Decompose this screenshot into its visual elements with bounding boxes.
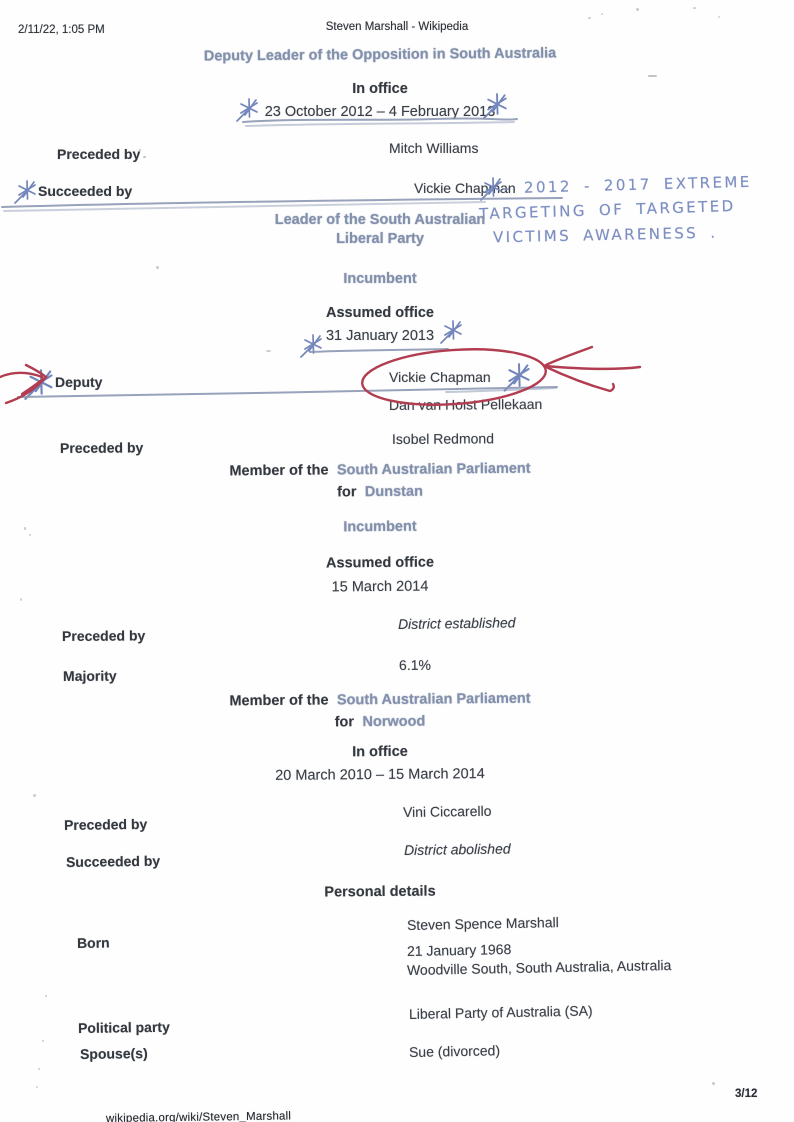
infobox-title-for-dunstan: for Dunstan [0, 480, 760, 505]
infobox-title-deputy-leader: Deputy Leader of the Opposition in South… [0, 44, 760, 67]
succeeded-by-value-1: Vickie Chapman [414, 180, 516, 196]
infobox-title-member-dunstan: Member of the South Australian Parliamen… [0, 458, 760, 483]
majority-label: Majority [63, 668, 117, 684]
spouse-label: Spouse(s) [80, 1045, 148, 1062]
in-office-label-1: In office [0, 81, 760, 97]
scan-speck [156, 266, 159, 269]
scan-speck [29, 534, 31, 536]
handwritten-note-line1: - 2012 - 2017 EXTREME [504, 173, 752, 197]
term-dates-1: 23 October 2012 – 4 February 2013 [0, 104, 760, 120]
scan-speck [36, 1086, 38, 1088]
scan-speck [38, 1068, 40, 1070]
scan-speck [266, 350, 271, 352]
deputy-label: Deputy [55, 374, 102, 390]
born-place: Woodville South, South Australia, Austra… [407, 957, 672, 978]
for-prefix-1: for [337, 484, 356, 500]
pen-arrow-left-icon [544, 347, 640, 391]
preceded-by-value-3: District established [398, 614, 516, 632]
scan-speck [648, 75, 657, 77]
preceded-by-label-4: Preceded by [64, 816, 147, 833]
infobox-title-leader-line2: Liberal Party [0, 231, 760, 247]
scan-speck [636, 8, 639, 11]
in-office-label-2: In office [0, 741, 760, 764]
for-prefix-2: for [335, 714, 354, 730]
scan-speck [33, 794, 36, 797]
born-name: Steven Spence Marshall [407, 914, 559, 933]
pen-underline-term1b [246, 122, 514, 126]
spouse-value: Sue (divorced) [409, 1042, 500, 1060]
scan-speck [42, 1040, 44, 1042]
infobox-title-for-norwood: for Norwood [0, 710, 760, 735]
member-prefix-1: Member of the [229, 462, 328, 479]
pen-asterisk-icon [505, 364, 529, 390]
preceded-by-value-1: Mitch Williams [389, 140, 478, 156]
dunstan-link: Dunstan [365, 484, 423, 501]
preceded-by-label-1: Preceded by [57, 146, 140, 162]
scanned-document-page: 2/11/22, 1:05 PM Steven Marshall - Wikip… [0, 0, 794, 1122]
footer-url: wikipedia.org/wiki/Steven_Marshall [106, 1110, 291, 1122]
scan-speck [693, 7, 696, 9]
preceded-by-value-4: Vini Ciccarello [403, 803, 492, 820]
political-party-value: Liberal Party of Australia (SA) [409, 1002, 593, 1022]
norwood-link: Norwood [362, 714, 425, 731]
scan-speck [712, 1082, 715, 1085]
assumed-office-label-1: Assumed office [0, 305, 760, 321]
pen-underline-deputyb [446, 388, 556, 392]
political-party-label: Political party [78, 1019, 170, 1036]
parliament-link-2: South Australian Parliament [337, 691, 531, 709]
scan-speck [601, 13, 603, 15]
pen-asterisk-icon [15, 181, 35, 203]
scan-speck [143, 156, 146, 158]
pen-arrow-right-icon [0, 365, 46, 403]
pen-underline-succeededb [4, 202, 485, 211]
majority-value: 6.1% [399, 657, 431, 673]
preceded-by-label-3: Preceded by [62, 627, 145, 644]
scan-speck [588, 17, 591, 19]
born-date: 21 January 1968 [407, 941, 512, 959]
deputy-value-2: Dan van Holst Pellekaan [389, 396, 542, 413]
document-header-title: Steven Marshall - Wikipedia [0, 21, 794, 33]
succeeded-by-label-2: Succeeded by [66, 853, 160, 870]
preceded-by-value-2: Isobel Redmond [392, 430, 494, 447]
deputy-value-1: Vickie Chapman [389, 369, 491, 385]
member-prefix-2: Member of the [229, 692, 328, 709]
incumbent-label-1: Incumbent [0, 271, 760, 287]
succeeded-by-label-1: Succeeded by [38, 183, 132, 199]
scan-speck [139, 149, 141, 151]
scan-speck [24, 527, 26, 530]
infobox-title-member-norwood: Member of the South Australian Parliamen… [0, 688, 760, 713]
personal-details-heading: Personal details [0, 881, 760, 904]
parliament-link-1: South Australian Parliament [337, 461, 531, 479]
succeeded-by-value-2: District abolished [404, 841, 511, 858]
assumed-date-1: 31 January 2013 [0, 328, 760, 344]
infobox-title-leader-line1: Leader of the South Australian [0, 212, 760, 228]
preceded-by-label-2: Preceded by [60, 439, 143, 456]
born-label: Born [77, 935, 110, 951]
page-number: 3/12 [735, 1088, 757, 1100]
scan-speck [45, 995, 47, 997]
pen-underline-assumed-date [310, 349, 448, 352]
scan-speck [718, 16, 720, 18]
pen-asterisk-icon [25, 370, 51, 399]
assumed-date-2: 15 March 2014 [0, 576, 760, 599]
assumed-office-label-2: Assumed office [0, 552, 760, 575]
term-dates-2: 20 March 2010 – 15 March 2014 [0, 764, 760, 787]
incumbent-label-2: Incumbent [0, 516, 760, 539]
scan-speck [20, 598, 22, 601]
